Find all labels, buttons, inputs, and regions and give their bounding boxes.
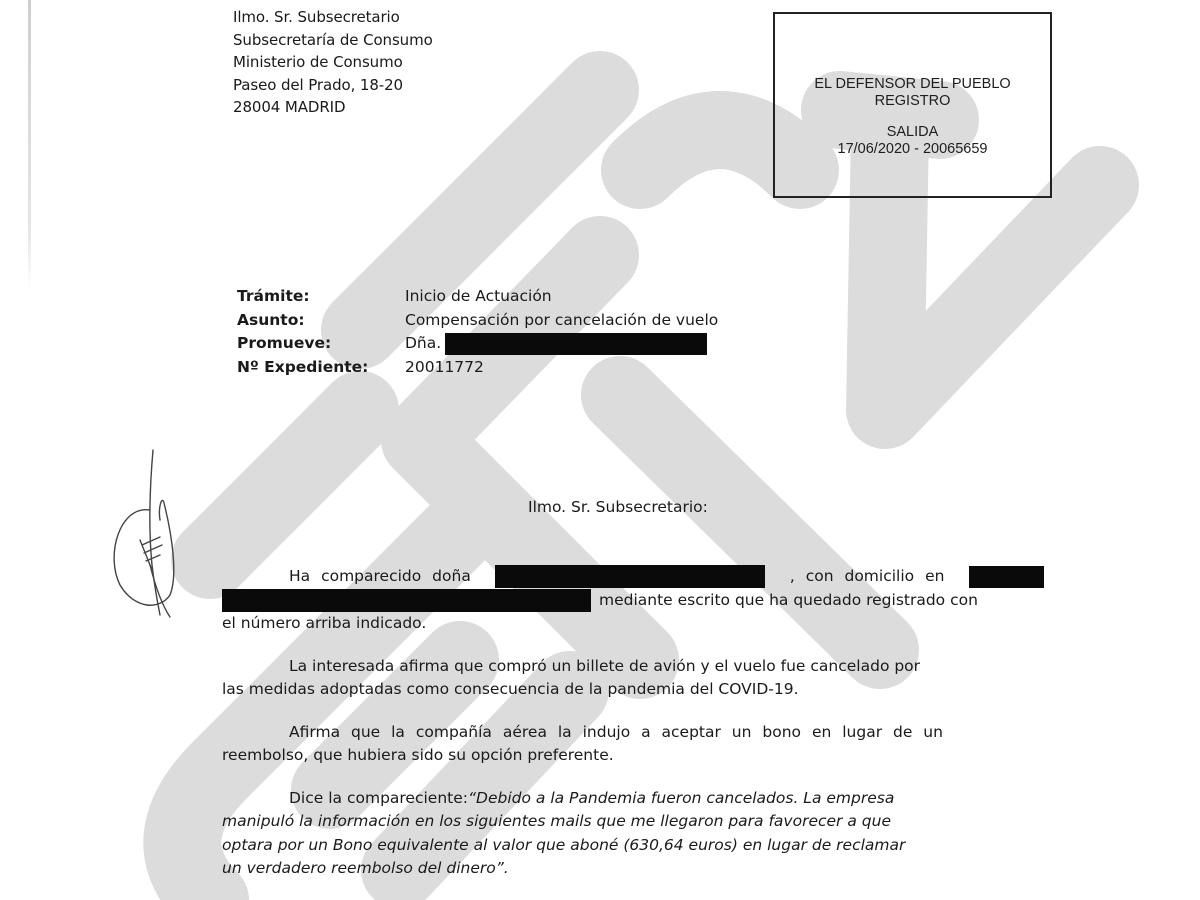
text-line: las medidas adoptadas como consecuencia … bbox=[222, 678, 1044, 702]
text-segment: Ha comparecido doña bbox=[289, 567, 471, 585]
text-line: Afirma que la compañía aérea la indujo a… bbox=[222, 721, 1044, 745]
meta-row-tramite: Trámite: Inicio de Actuación bbox=[237, 285, 718, 309]
text-line: Dice la compareciente: “Debido a la Pand… bbox=[222, 787, 1044, 811]
quote-text: manipuló la información en los siguiente… bbox=[222, 810, 891, 834]
asunto-value: Compensación por cancelación de vuelo bbox=[405, 309, 718, 333]
signature-icon bbox=[100, 445, 220, 625]
recipient-line: Paseo del Prado, 18-20 bbox=[233, 74, 433, 97]
redaction-bar bbox=[969, 566, 1044, 588]
promueve-prefix: Dña. bbox=[405, 332, 441, 356]
asunto-label: Asunto: bbox=[237, 309, 405, 333]
text-line: Ha comparecido doña , con domicilio en bbox=[222, 565, 1044, 589]
quote-text: optara por un Bono equivalente al valor … bbox=[222, 834, 905, 858]
text-segment: reembolso, que hubiera sido su opción pr… bbox=[222, 744, 614, 768]
recipient-line: 28004 MADRID bbox=[233, 96, 433, 119]
meta-row-asunto: Asunto: Compensación por cancelación de … bbox=[237, 309, 718, 333]
text-segment: el número arriba indicado. bbox=[222, 612, 426, 636]
text-line: manipuló la información en los siguiente… bbox=[222, 810, 1044, 834]
expediente-value: 20011772 bbox=[405, 356, 484, 380]
registry-stamp: EL DEFENSOR DEL PUEBLO REGISTRO SALIDA 1… bbox=[773, 12, 1052, 198]
stamp-institution: EL DEFENSOR DEL PUEBLO bbox=[775, 76, 1050, 93]
redaction-bar bbox=[495, 565, 765, 588]
recipient-address: Ilmo. Sr. Subsecretario Subsecretaría de… bbox=[233, 6, 433, 119]
text-segment: , con domicilio en bbox=[790, 565, 945, 589]
meta-row-promueve: Promueve: Dña. bbox=[237, 332, 718, 356]
text-line: el número arriba indicado. bbox=[222, 612, 1044, 636]
text-line: La interesada afirma que compró un bille… bbox=[222, 655, 1044, 679]
recipient-line: Subsecretaría de Consumo bbox=[233, 29, 433, 52]
paragraph-comparecencia: Ha comparecido doña , con domicilio en m… bbox=[222, 565, 1044, 636]
tramite-value: Inicio de Actuación bbox=[405, 285, 552, 309]
paragraph-quote: Dice la compareciente: “Debido a la Pand… bbox=[222, 787, 1044, 881]
salutation: Ilmo. Sr. Subsecretario: bbox=[528, 498, 708, 516]
page-edge bbox=[28, 0, 31, 290]
tramite-label: Trámite: bbox=[237, 285, 405, 309]
stamp-date-ref: 17/06/2020 - 20065659 bbox=[775, 141, 1050, 158]
redaction-bar bbox=[222, 589, 591, 612]
text-segment: Dice la compareciente: bbox=[289, 787, 468, 811]
letter-body: Ha comparecido doña , con domicilio en m… bbox=[222, 565, 1044, 900]
expediente-label: Nº Expediente: bbox=[237, 356, 405, 380]
text-segment: las medidas adoptadas como consecuencia … bbox=[222, 678, 799, 702]
text-segment: Ha comparecido doña bbox=[222, 565, 471, 589]
text-line: reembolso, que hubiera sido su opción pr… bbox=[222, 744, 1044, 768]
quote-text: un verdadero reembolso del dinero”. bbox=[222, 857, 509, 881]
stamp-office: REGISTRO bbox=[775, 93, 1050, 110]
text-segment: La interesada afirma que compró un bille… bbox=[289, 655, 920, 679]
meta-row-expediente: Nº Expediente: 20011772 bbox=[237, 356, 718, 380]
paragraph-afirma: Afirma que la compañía aérea la indujo a… bbox=[222, 721, 1044, 768]
text-line: optara por un Bono equivalente al valor … bbox=[222, 834, 1044, 858]
recipient-line: Ilmo. Sr. Subsecretario bbox=[233, 6, 433, 29]
paragraph-interesada: La interesada afirma que compró un bille… bbox=[222, 655, 1044, 702]
recipient-line: Ministerio de Consumo bbox=[233, 51, 433, 74]
promueve-label: Promueve: bbox=[237, 332, 405, 356]
promueve-value: Dña. bbox=[405, 332, 707, 356]
text-line: un verdadero reembolso del dinero”. bbox=[222, 857, 1044, 881]
stamp-type: SALIDA bbox=[775, 124, 1050, 141]
redaction-bar bbox=[445, 333, 707, 355]
text-segment: mediante escrito que ha quedado registra… bbox=[599, 589, 978, 613]
text-segment: Afirma que la compañía aérea la indujo a… bbox=[289, 721, 943, 745]
text-line: mediante escrito que ha quedado registra… bbox=[222, 589, 1044, 613]
case-metadata: Trámite: Inicio de Actuación Asunto: Com… bbox=[237, 285, 718, 379]
quote-text: “Debido a la Pandemia fueron cancelados.… bbox=[468, 787, 894, 811]
